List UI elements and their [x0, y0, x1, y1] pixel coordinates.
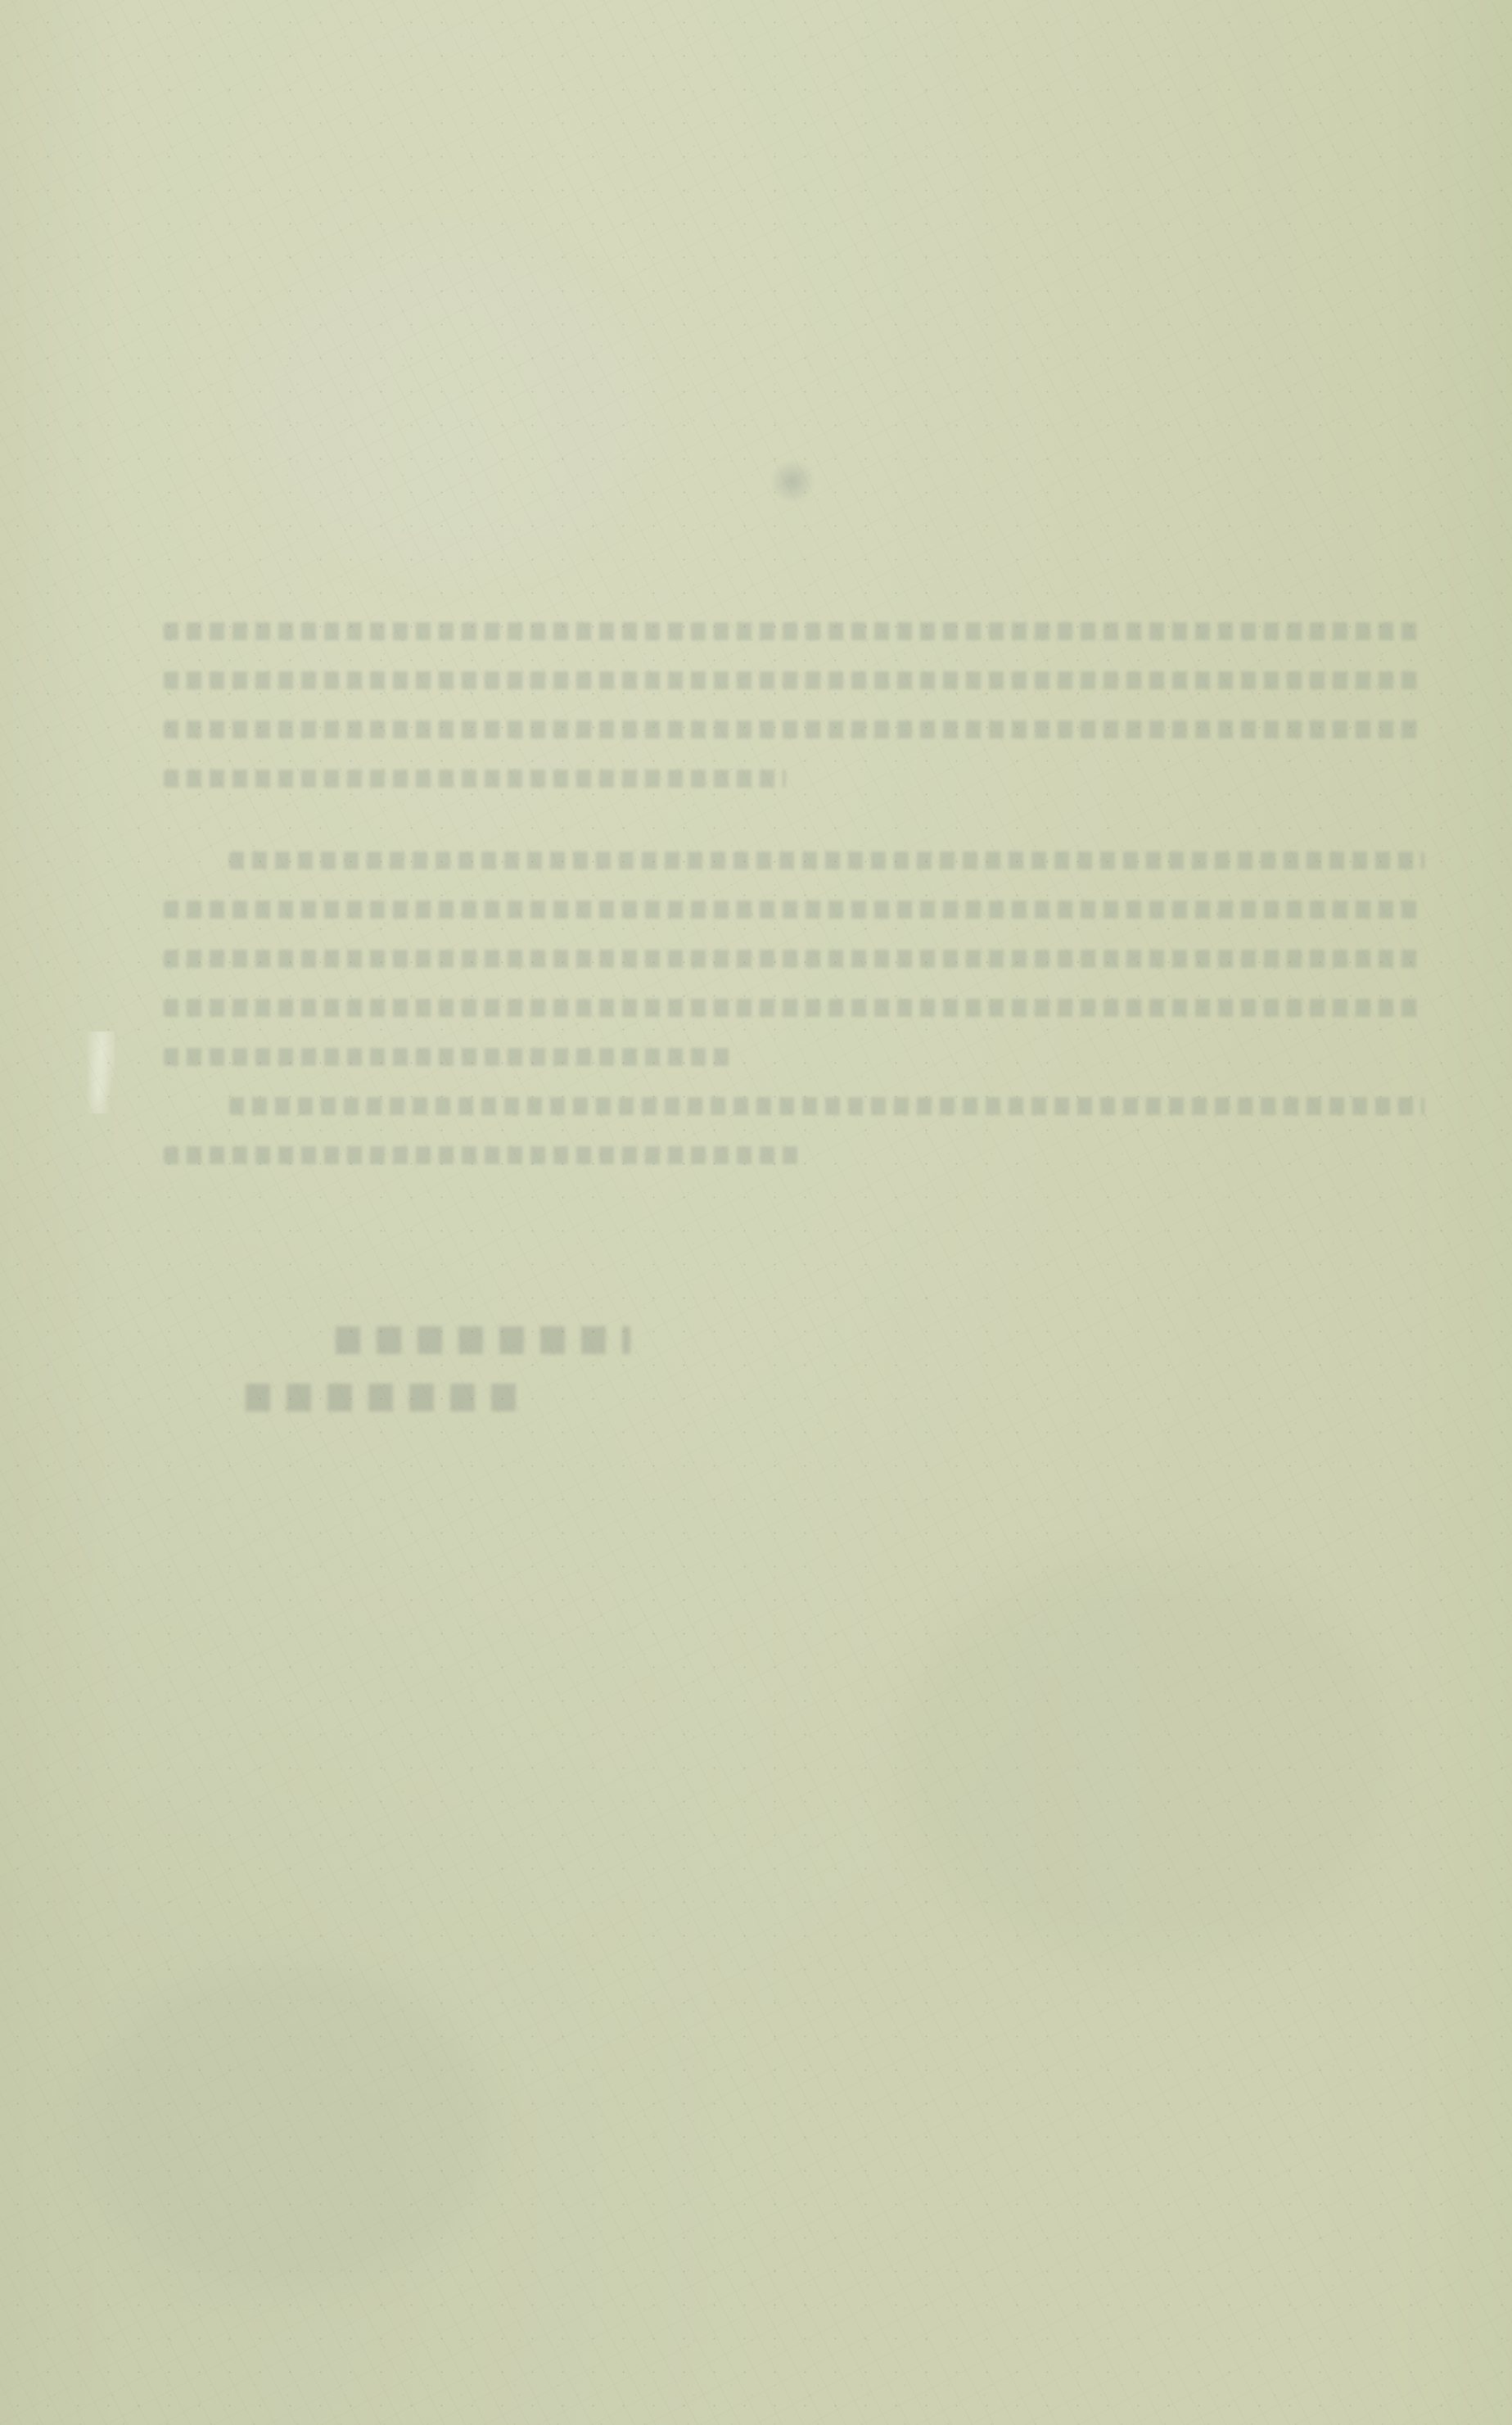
show-through-line [164, 1146, 802, 1164]
show-through-line [229, 1097, 1424, 1115]
show-through-title-glyph [770, 458, 815, 504]
show-through-line [164, 720, 1424, 738]
paper-stain [246, 246, 655, 573]
show-through-line [164, 770, 786, 788]
scanned-page [0, 0, 1512, 2425]
paper-stain [900, 1556, 1392, 1965]
show-through-line [164, 901, 1424, 919]
show-through-line [164, 1048, 737, 1066]
show-through-line [164, 999, 1424, 1017]
show-through-line [229, 851, 1424, 869]
show-through-line [164, 622, 1424, 640]
show-through-line [164, 950, 1424, 968]
paper-blemish [82, 1032, 115, 1113]
paper-stain [82, 1965, 491, 2292]
show-through-signature-line [336, 1326, 630, 1354]
show-through-line [164, 671, 1424, 689]
show-through-signature-line [246, 1384, 524, 1411]
